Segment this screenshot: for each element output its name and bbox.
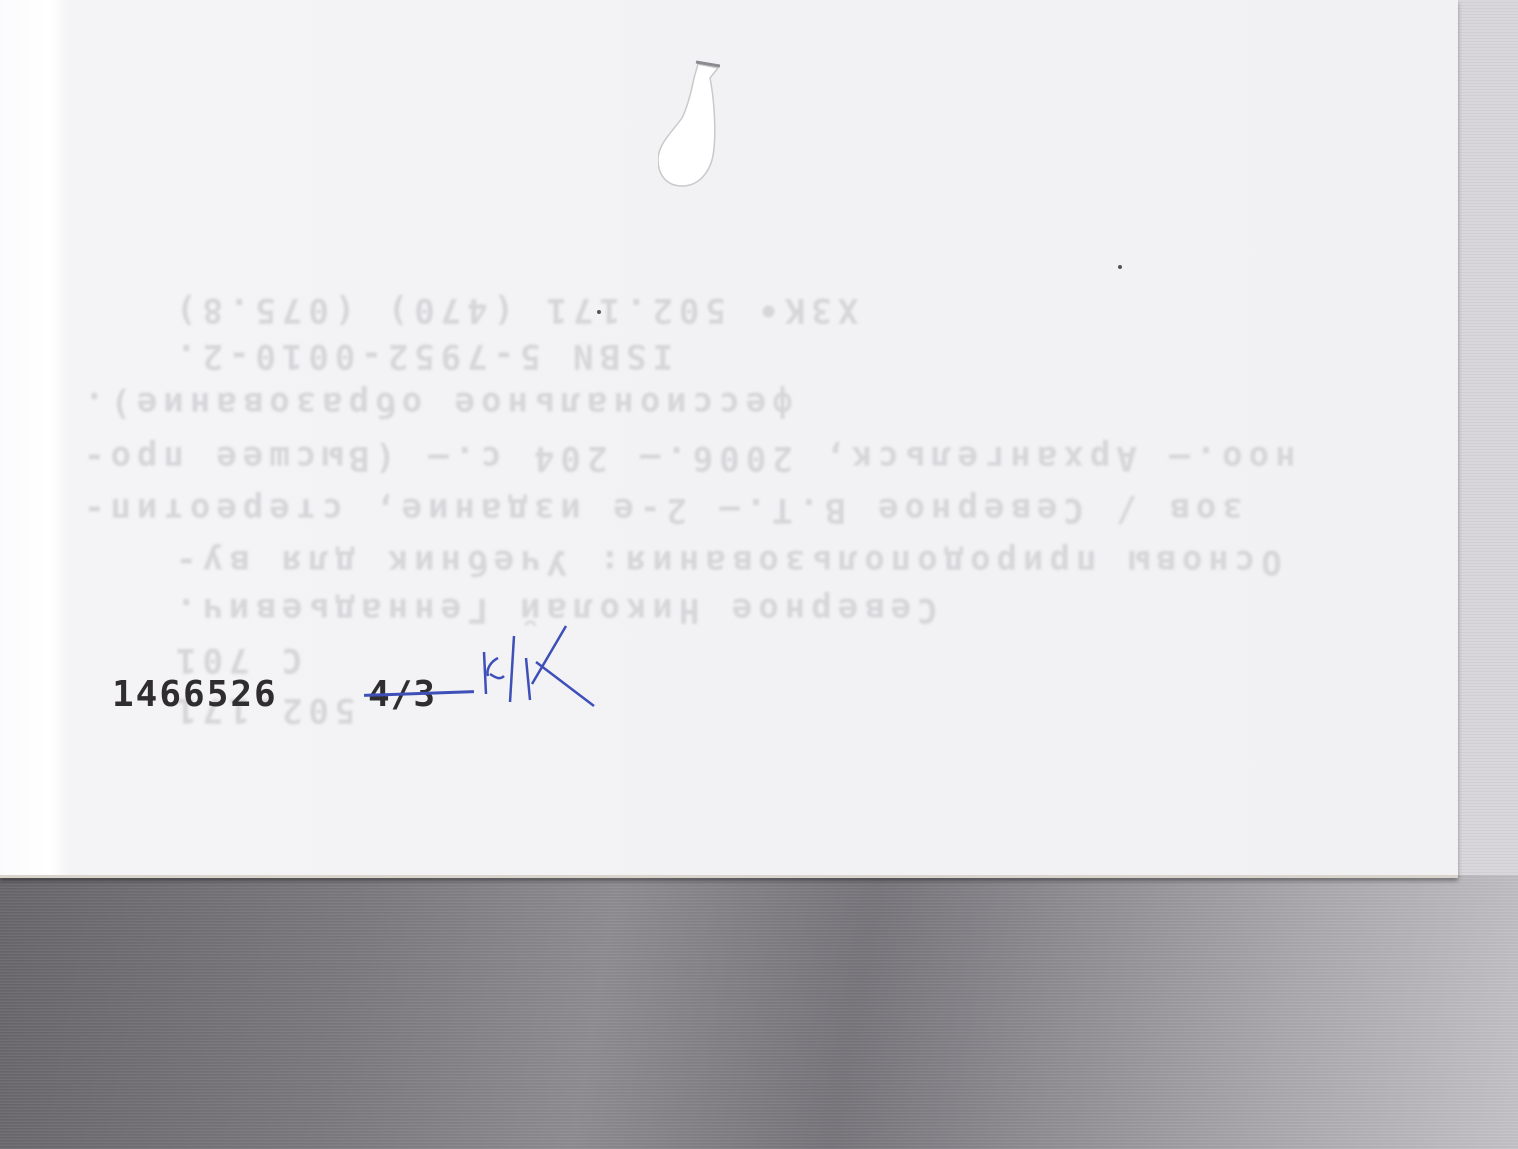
handwritten-note-icon [480, 622, 600, 712]
inventory-number: 1466526 [112, 674, 278, 715]
bleed-through-line: ISBN 5-7952-0010-2. [170, 336, 673, 376]
bleed-through-line: ноо.— Архангельск, 2006.— 204 с.— (Высше… [78, 438, 1296, 478]
punch-hole-icon [658, 58, 720, 188]
bleed-through-line: ХЗК• 502.171 (470) (075.8) [170, 290, 858, 330]
catalog-card: ХЗК• 502.171 (470) (075.8) ISBN 5-7952-0… [0, 0, 1458, 878]
paper-speck [1118, 265, 1122, 269]
scanner-background-right [1458, 0, 1518, 875]
bleed-through-line: фессиональное образование). [78, 384, 793, 424]
paper-speck [597, 310, 601, 314]
bleed-through-line: Основы природопользования: Учебник для в… [170, 542, 1282, 582]
bleed-through-line: зов / Северное В.Т.— 2-е издание, стерео… [78, 490, 1243, 530]
